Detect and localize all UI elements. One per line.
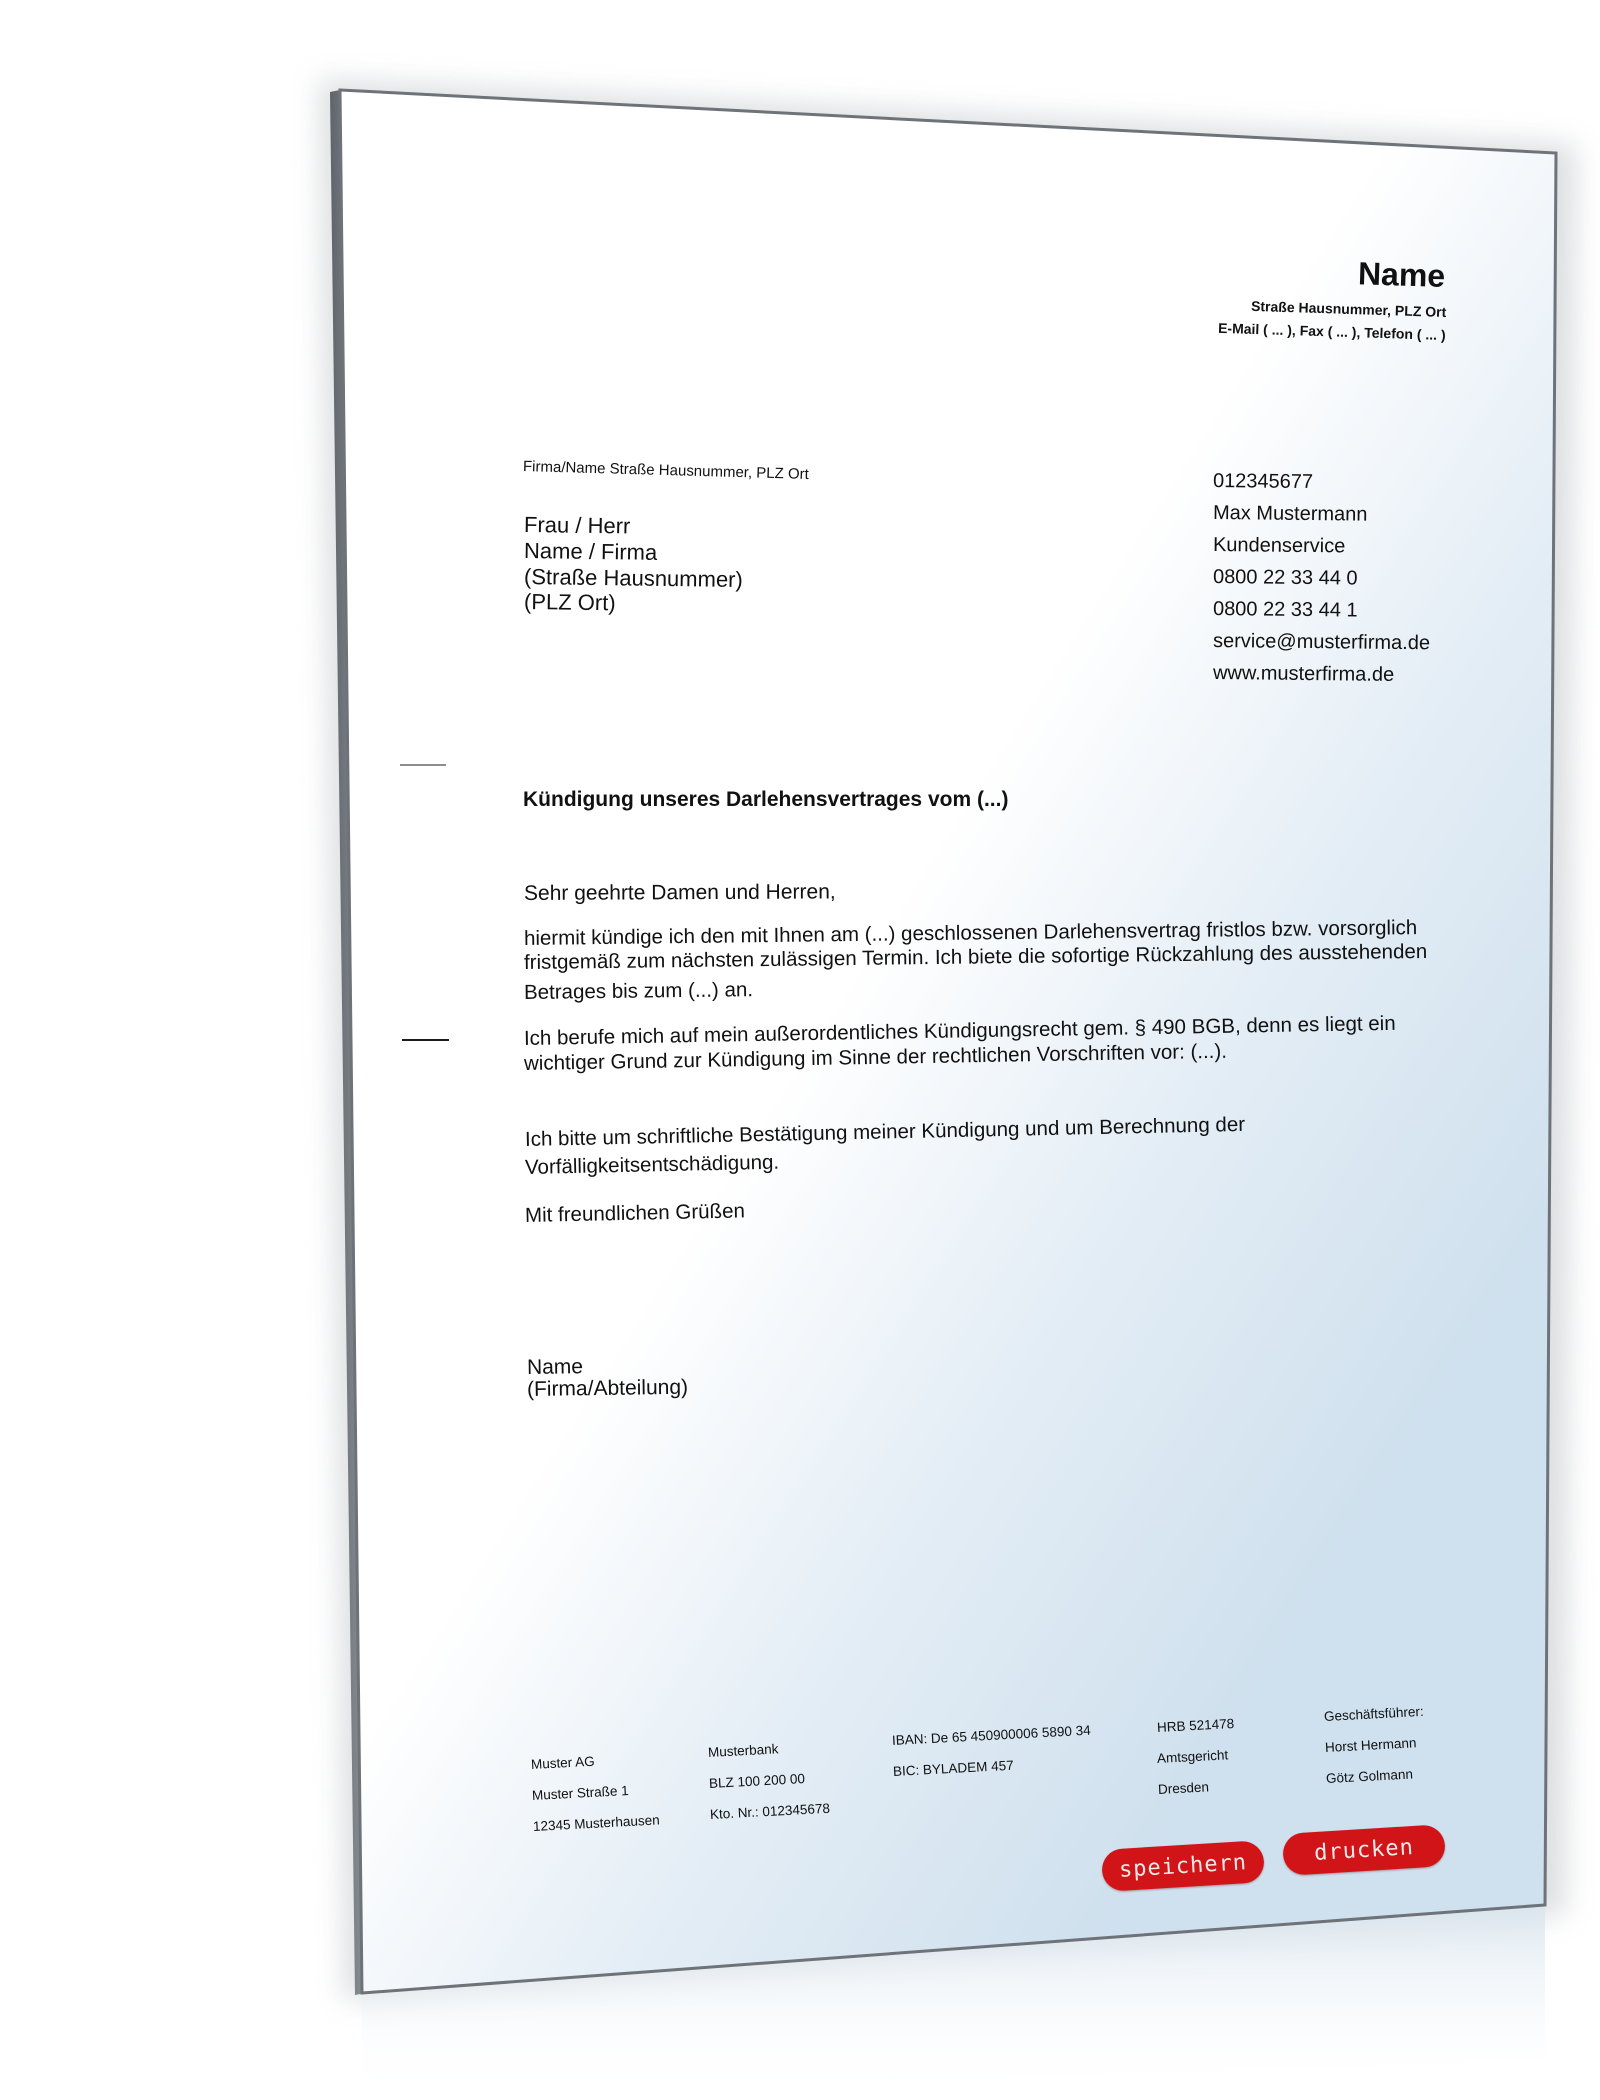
info-phone: 0800 22 33 44 0	[1213, 566, 1358, 591]
document-preview: Name Straße Hausnummer, PLZ Ort E-Mail (…	[0, 0, 1600, 2100]
recipient-line-3: (Straße Hausnummer)	[524, 564, 743, 592]
info-department: Kundenservice	[1213, 534, 1346, 558]
closing: Mit freundlichen Grüßen	[525, 1199, 745, 1227]
info-website: www.musterfirma.de	[1213, 662, 1394, 687]
recipient-line-4: (PLZ Ort)	[524, 589, 616, 616]
fold-mark-middle	[402, 1039, 449, 1041]
recipient-line-2: Name / Firma	[524, 538, 658, 565]
sender-name: Name	[1357, 255, 1445, 295]
info-reference-number: 012345677	[1213, 470, 1313, 494]
salutation: Sehr geehrte Damen und Herren,	[524, 880, 836, 906]
subject-line: Kündigung unseres Darlehensvertrages vom…	[523, 788, 1008, 812]
footer-company-name: Muster AG	[531, 1754, 596, 1773]
info-email: service@musterfirma.de	[1213, 630, 1430, 655]
signature-department: (Firma/Abteilung)	[527, 1376, 688, 1402]
info-fax: 0800 22 33 44 1	[1213, 598, 1358, 623]
recipient-line-1: Frau / Herr	[524, 512, 631, 539]
fold-mark-top	[400, 764, 446, 766]
footer-court-city: Dresden	[1158, 1779, 1210, 1797]
info-contact-person: Max Mustermann	[1213, 502, 1368, 527]
body-paragraph-1-line-3: Betrages bis zum (...) an.	[524, 978, 753, 1004]
